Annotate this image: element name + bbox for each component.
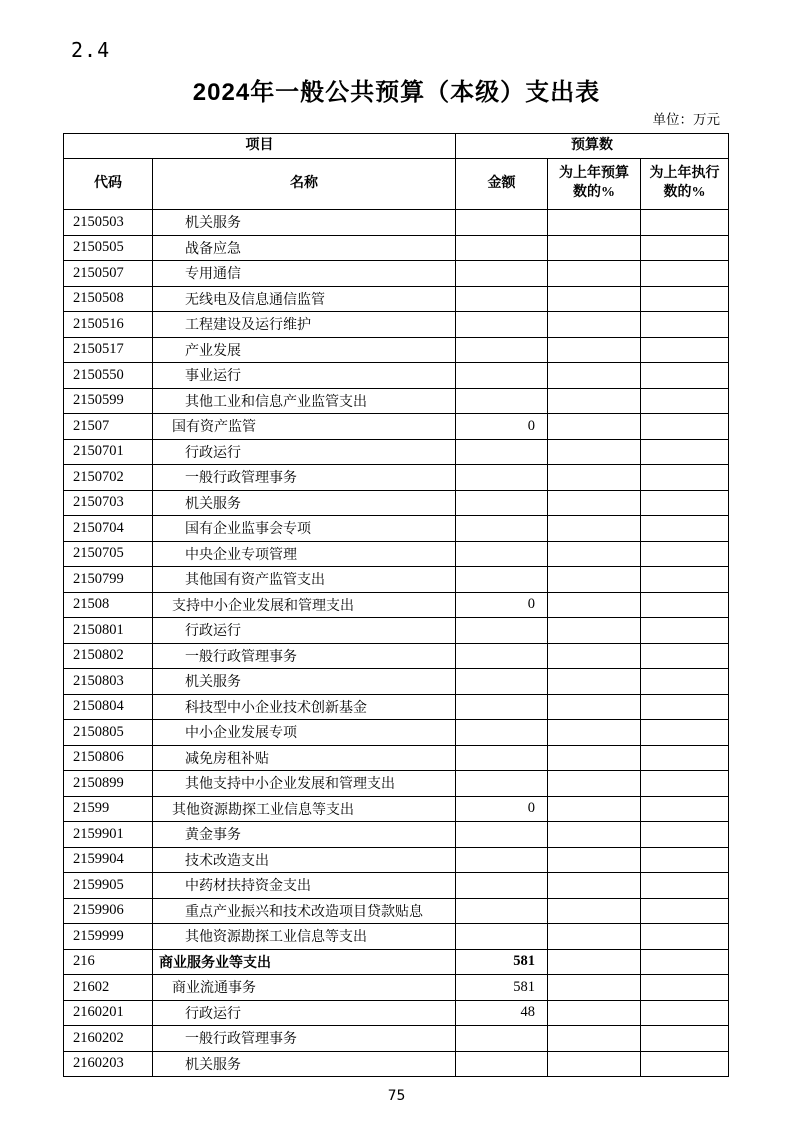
row-pct-prev-exec-cell xyxy=(641,796,729,822)
row-pct-prev-budget-cell xyxy=(548,235,641,261)
row-pct-prev-budget-cell xyxy=(548,898,641,924)
row-name-cell: 产业发展 xyxy=(153,337,456,363)
row-name-cell: 无线电及信息通信监管 xyxy=(153,286,456,312)
row-name-cell: 其他工业和信息产业监管支出 xyxy=(153,388,456,414)
row-code-cell: 2150702 xyxy=(64,465,153,491)
row-code-cell: 216 xyxy=(64,949,153,975)
row-amount-cell xyxy=(456,771,548,797)
row-pct-prev-budget-cell xyxy=(548,694,641,720)
row-pct-prev-budget-cell xyxy=(548,720,641,746)
row-amount-cell xyxy=(456,286,548,312)
row-code-cell: 2160203 xyxy=(64,1051,153,1077)
row-amount-cell xyxy=(456,898,548,924)
table-row: 2150703 机关服务 xyxy=(64,490,729,516)
row-pct-prev-exec-cell xyxy=(641,541,729,567)
row-pct-prev-exec-cell xyxy=(641,924,729,950)
row-code-cell: 2150516 xyxy=(64,312,153,338)
row-pct-prev-budget-cell xyxy=(548,592,641,618)
row-pct-prev-exec-cell xyxy=(641,898,729,924)
row-name-cell: 中央企业专项管理 xyxy=(153,541,456,567)
table-row: 2150550 事业运行 xyxy=(64,363,729,389)
row-pct-prev-budget-cell xyxy=(548,924,641,950)
row-amount-cell xyxy=(456,618,548,644)
row-name-cell: 其他国有资产监管支出 xyxy=(153,567,456,593)
row-name-cell: 黄金事务 xyxy=(153,822,456,848)
table-row: 2150799 其他国有资产监管支出 xyxy=(64,567,729,593)
row-amount-cell xyxy=(456,669,548,695)
row-name-cell: 工程建设及运行维护 xyxy=(153,312,456,338)
row-name-cell: 机关服务 xyxy=(153,210,456,236)
table-row: 2159905 中药材扶持资金支出 xyxy=(64,873,729,899)
row-code-cell: 2150701 xyxy=(64,439,153,465)
table-row: 2150702 一般行政管理事务 xyxy=(64,465,729,491)
table-row: 2150805 中小企业发展专项 xyxy=(64,720,729,746)
table-row: 21507 国有资产监管 0 xyxy=(64,414,729,440)
row-pct-prev-exec-cell xyxy=(641,618,729,644)
row-amount-cell xyxy=(456,541,548,567)
row-amount-cell xyxy=(456,235,548,261)
row-pct-prev-exec-cell xyxy=(641,1026,729,1052)
row-amount-cell xyxy=(456,847,548,873)
row-pct-prev-budget-cell xyxy=(548,822,641,848)
page-number: 75 xyxy=(0,1088,793,1104)
row-pct-prev-budget-cell xyxy=(548,261,641,287)
row-amount-cell xyxy=(456,261,548,287)
header-group-budget: 预算数 xyxy=(456,134,729,159)
row-amount-cell xyxy=(456,1026,548,1052)
row-pct-prev-budget-cell xyxy=(548,975,641,1001)
page-title: 2024年一般公共预算（本级）支出表 xyxy=(0,72,793,107)
row-amount-cell xyxy=(456,643,548,669)
table-row: 21599 其他资源勘探工业信息等支出 0 xyxy=(64,796,729,822)
row-code-cell: 2150802 xyxy=(64,643,153,669)
table-row: 2150806 减免房租补贴 xyxy=(64,745,729,771)
row-name-cell: 行政运行 xyxy=(153,439,456,465)
table-row: 2150801 行政运行 xyxy=(64,618,729,644)
table-row: 2160203 机关服务 xyxy=(64,1051,729,1077)
row-pct-prev-budget-cell xyxy=(548,618,641,644)
row-amount-cell: 48 xyxy=(456,1000,548,1026)
header-col-pct-prev-budget: 为上年预算 数的% xyxy=(548,159,641,210)
row-amount-cell xyxy=(456,465,548,491)
row-pct-prev-budget-cell xyxy=(548,465,641,491)
row-code-cell: 21508 xyxy=(64,592,153,618)
row-pct-prev-exec-cell xyxy=(641,490,729,516)
row-pct-prev-budget-cell xyxy=(548,312,641,338)
row-amount-cell xyxy=(456,210,548,236)
row-code-cell: 2150799 xyxy=(64,567,153,593)
row-code-cell: 2150517 xyxy=(64,337,153,363)
row-name-cell: 重点产业振兴和技术改造项目贷款贴息 xyxy=(153,898,456,924)
row-code-cell: 2160201 xyxy=(64,1000,153,1026)
row-pct-prev-exec-cell xyxy=(641,694,729,720)
row-pct-prev-exec-cell xyxy=(641,771,729,797)
row-name-cell: 机关服务 xyxy=(153,1051,456,1077)
row-pct-prev-exec-cell xyxy=(641,235,729,261)
row-code-cell: 2159901 xyxy=(64,822,153,848)
row-pct-prev-exec-cell xyxy=(641,286,729,312)
row-pct-prev-budget-cell xyxy=(548,541,641,567)
row-pct-prev-budget-cell xyxy=(548,210,641,236)
row-pct-prev-budget-cell xyxy=(548,286,641,312)
row-pct-prev-budget-cell xyxy=(548,516,641,542)
row-amount-cell xyxy=(456,822,548,848)
row-code-cell: 2150805 xyxy=(64,720,153,746)
row-pct-prev-budget-cell xyxy=(548,771,641,797)
unit-label: 单位：万元 xyxy=(63,108,728,128)
table-row: 2150704 国有企业监事会专项 xyxy=(64,516,729,542)
row-amount-cell: 0 xyxy=(456,592,548,618)
row-amount-cell xyxy=(456,924,548,950)
row-code-cell: 2150703 xyxy=(64,490,153,516)
table-row: 2160202 一般行政管理事务 xyxy=(64,1026,729,1052)
row-pct-prev-exec-cell xyxy=(641,975,729,1001)
row-code-cell: 2159999 xyxy=(64,924,153,950)
row-code-cell: 2150803 xyxy=(64,669,153,695)
row-code-cell: 2150503 xyxy=(64,210,153,236)
row-pct-prev-budget-cell xyxy=(548,796,641,822)
row-code-cell: 2159904 xyxy=(64,847,153,873)
section-number: 2.4 xyxy=(71,38,110,62)
row-name-cell: 技术改造支出 xyxy=(153,847,456,873)
row-code-cell: 2150599 xyxy=(64,388,153,414)
row-code-cell: 2150801 xyxy=(64,618,153,644)
row-amount-cell xyxy=(456,490,548,516)
header-col-pct-prev-exec: 为上年执行 数的% xyxy=(641,159,729,210)
row-pct-prev-exec-cell xyxy=(641,745,729,771)
row-pct-prev-exec-cell xyxy=(641,388,729,414)
row-code-cell: 2150550 xyxy=(64,363,153,389)
row-pct-prev-exec-cell xyxy=(641,261,729,287)
header-columns-row: 代码 名称 金额 为上年预算 数的% 为上年执行 数的% xyxy=(64,159,729,210)
row-amount-cell xyxy=(456,567,548,593)
row-name-cell: 国有企业监事会专项 xyxy=(153,516,456,542)
row-pct-prev-budget-cell xyxy=(548,669,641,695)
row-name-cell: 减免房租补贴 xyxy=(153,745,456,771)
row-code-cell: 2150806 xyxy=(64,745,153,771)
row-code-cell: 2159905 xyxy=(64,873,153,899)
row-name-cell: 行政运行 xyxy=(153,618,456,644)
row-amount-cell xyxy=(456,873,548,899)
row-code-cell: 21507 xyxy=(64,414,153,440)
row-code-cell: 21599 xyxy=(64,796,153,822)
row-pct-prev-exec-cell xyxy=(641,439,729,465)
row-pct-prev-budget-cell xyxy=(548,567,641,593)
row-code-cell: 2159906 xyxy=(64,898,153,924)
row-amount-cell: 0 xyxy=(456,796,548,822)
table-row: 2150516 工程建设及运行维护 xyxy=(64,312,729,338)
budget-table: 项目 预算数 代码 名称 金额 为上年预算 数的% 为上年执行 数的% 2150… xyxy=(63,133,729,1077)
row-amount-cell xyxy=(456,1051,548,1077)
row-pct-prev-exec-cell xyxy=(641,210,729,236)
row-name-cell: 行政运行 xyxy=(153,1000,456,1026)
table-row: 2150804 科技型中小企业技术创新基金 xyxy=(64,694,729,720)
row-name-cell: 商业服务业等支出 xyxy=(153,949,456,975)
table-header: 项目 预算数 代码 名称 金额 为上年预算 数的% 为上年执行 数的% xyxy=(64,134,729,210)
table-row: 2150802 一般行政管理事务 xyxy=(64,643,729,669)
header-col-amount: 金额 xyxy=(456,159,548,210)
row-pct-prev-budget-cell xyxy=(548,745,641,771)
row-pct-prev-exec-cell xyxy=(641,567,729,593)
row-code-cell: 2150804 xyxy=(64,694,153,720)
table-row: 2150899 其他支持中小企业发展和管理支出 xyxy=(64,771,729,797)
row-name-cell: 其他资源勘探工业信息等支出 xyxy=(153,924,456,950)
header-group-item: 项目 xyxy=(64,134,456,159)
row-pct-prev-exec-cell xyxy=(641,592,729,618)
row-name-cell: 支持中小企业发展和管理支出 xyxy=(153,592,456,618)
table-row: 2150803 机关服务 xyxy=(64,669,729,695)
header-group-row: 项目 预算数 xyxy=(64,134,729,159)
row-amount-cell xyxy=(456,745,548,771)
row-amount-cell xyxy=(456,337,548,363)
table-row: 2150507 专用通信 xyxy=(64,261,729,287)
table-row: 2150599 其他工业和信息产业监管支出 xyxy=(64,388,729,414)
row-amount-cell xyxy=(456,388,548,414)
table-row: 2159999 其他资源勘探工业信息等支出 xyxy=(64,924,729,950)
table-row: 2160201 行政运行 48 xyxy=(64,1000,729,1026)
row-pct-prev-exec-cell xyxy=(641,720,729,746)
row-pct-prev-budget-cell xyxy=(548,439,641,465)
row-pct-prev-budget-cell xyxy=(548,949,641,975)
row-name-cell: 中药材扶持资金支出 xyxy=(153,873,456,899)
row-pct-prev-exec-cell xyxy=(641,822,729,848)
row-pct-prev-exec-cell xyxy=(641,312,729,338)
row-pct-prev-exec-cell xyxy=(641,949,729,975)
row-pct-prev-budget-cell xyxy=(548,363,641,389)
row-name-cell: 国有资产监管 xyxy=(153,414,456,440)
row-amount-cell: 581 xyxy=(456,975,548,1001)
row-pct-prev-exec-cell xyxy=(641,1051,729,1077)
row-amount-cell xyxy=(456,516,548,542)
table-row: 2150508 无线电及信息通信监管 xyxy=(64,286,729,312)
header-col-name: 名称 xyxy=(153,159,456,210)
row-pct-prev-exec-cell xyxy=(641,337,729,363)
row-pct-prev-exec-cell xyxy=(641,1000,729,1026)
row-name-cell: 科技型中小企业技术创新基金 xyxy=(153,694,456,720)
row-pct-prev-budget-cell xyxy=(548,1051,641,1077)
row-name-cell: 一般行政管理事务 xyxy=(153,643,456,669)
header-col-code: 代码 xyxy=(64,159,153,210)
table-row: 2150503 机关服务 xyxy=(64,210,729,236)
row-pct-prev-budget-cell xyxy=(548,414,641,440)
table-row: 2159904 技术改造支出 xyxy=(64,847,729,873)
table-row: 21602 商业流通事务 581 xyxy=(64,975,729,1001)
row-code-cell: 2150705 xyxy=(64,541,153,567)
row-amount-cell xyxy=(456,694,548,720)
row-name-cell: 战备应急 xyxy=(153,235,456,261)
row-name-cell: 专用通信 xyxy=(153,261,456,287)
row-amount-cell xyxy=(456,720,548,746)
row-name-cell: 其他资源勘探工业信息等支出 xyxy=(153,796,456,822)
table-row: 21508 支持中小企业发展和管理支出 0 xyxy=(64,592,729,618)
row-name-cell: 一般行政管理事务 xyxy=(153,465,456,491)
row-code-cell: 2150704 xyxy=(64,516,153,542)
row-pct-prev-budget-cell xyxy=(548,388,641,414)
row-pct-prev-budget-cell xyxy=(548,337,641,363)
row-code-cell: 2150507 xyxy=(64,261,153,287)
row-name-cell: 事业运行 xyxy=(153,363,456,389)
row-pct-prev-exec-cell xyxy=(641,363,729,389)
row-amount-cell xyxy=(456,312,548,338)
row-pct-prev-budget-cell xyxy=(548,643,641,669)
row-pct-prev-exec-cell xyxy=(641,465,729,491)
row-pct-prev-budget-cell xyxy=(548,847,641,873)
row-code-cell: 2160202 xyxy=(64,1026,153,1052)
row-amount-cell: 581 xyxy=(456,949,548,975)
table-row: 216 商业服务业等支出 581 xyxy=(64,949,729,975)
row-pct-prev-exec-cell xyxy=(641,873,729,899)
row-name-cell: 其他支持中小企业发展和管理支出 xyxy=(153,771,456,797)
row-name-cell: 中小企业发展专项 xyxy=(153,720,456,746)
row-pct-prev-budget-cell xyxy=(548,490,641,516)
row-name-cell: 商业流通事务 xyxy=(153,975,456,1001)
table-row: 2150701 行政运行 xyxy=(64,439,729,465)
row-amount-cell: 0 xyxy=(456,414,548,440)
table-row: 2150505 战备应急 xyxy=(64,235,729,261)
row-name-cell: 机关服务 xyxy=(153,490,456,516)
row-pct-prev-exec-cell xyxy=(641,414,729,440)
row-name-cell: 一般行政管理事务 xyxy=(153,1026,456,1052)
row-pct-prev-exec-cell xyxy=(641,669,729,695)
row-pct-prev-exec-cell xyxy=(641,643,729,669)
row-name-cell: 机关服务 xyxy=(153,669,456,695)
row-code-cell: 2150508 xyxy=(64,286,153,312)
table-row: 2150517 产业发展 xyxy=(64,337,729,363)
table-body: 2150503 机关服务 2150505 战备应急 2150507 专用通信 2… xyxy=(64,210,729,1077)
row-pct-prev-exec-cell xyxy=(641,847,729,873)
row-pct-prev-budget-cell xyxy=(548,873,641,899)
row-amount-cell xyxy=(456,363,548,389)
table-row: 2159906 重点产业振兴和技术改造项目贷款贴息 xyxy=(64,898,729,924)
row-code-cell: 2150899 xyxy=(64,771,153,797)
row-amount-cell xyxy=(456,439,548,465)
row-pct-prev-budget-cell xyxy=(548,1000,641,1026)
row-pct-prev-budget-cell xyxy=(548,1026,641,1052)
row-pct-prev-exec-cell xyxy=(641,516,729,542)
row-code-cell: 2150505 xyxy=(64,235,153,261)
row-code-cell: 21602 xyxy=(64,975,153,1001)
table-row: 2159901 黄金事务 xyxy=(64,822,729,848)
table-row: 2150705 中央企业专项管理 xyxy=(64,541,729,567)
